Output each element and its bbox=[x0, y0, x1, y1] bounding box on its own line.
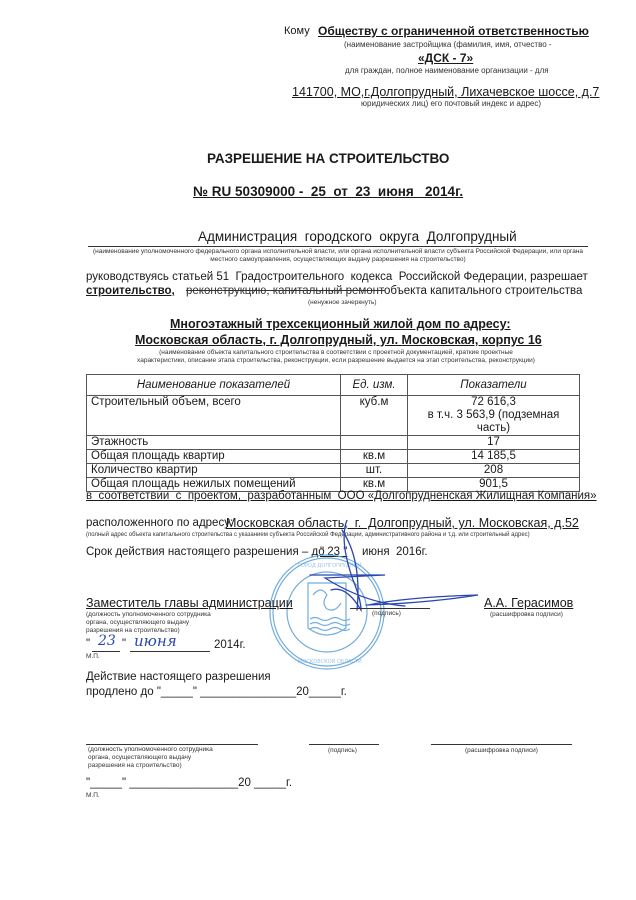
row-value-sub: в т.ч. 3 563,9 (подземная часть) bbox=[412, 409, 575, 435]
header-unit: Ед. изм. bbox=[341, 375, 408, 396]
table-header-row: Наименование показателей Ед. изм. Показа… bbox=[87, 375, 580, 396]
signatory-position: Заместитель главы администрации bbox=[86, 596, 293, 610]
position-hint-line2: органа, осуществляющего выдачу bbox=[86, 619, 211, 627]
row-name: Этажность bbox=[87, 436, 341, 450]
signature-line bbox=[350, 608, 430, 609]
sign-date-open-quote: " bbox=[86, 638, 90, 650]
authority-hint-line1: (наименование уполномоченного федерально… bbox=[86, 248, 590, 256]
row-value: 17 bbox=[408, 436, 580, 450]
addressee-hint1: (наименование застройщика (фамилия, имя,… bbox=[344, 41, 552, 49]
object-name-line2: Московская область, г. Долгопрудный, ул.… bbox=[135, 333, 542, 347]
object-location: Московская область, г. Долгопрудный, ул.… bbox=[226, 516, 579, 530]
header-value: Показатели bbox=[408, 375, 580, 396]
header-name: Наименование показателей bbox=[87, 375, 341, 396]
sign-date-close-quote: " bbox=[122, 638, 126, 650]
addressee-address-hint: юридических лиц) его почтовый индекс и а… bbox=[361, 100, 541, 108]
svg-text:МОСКОВСКОЙ ОБЛАСТИ: МОСКОВСКОЙ ОБЛАСТИ bbox=[298, 658, 362, 665]
issuing-authority: Администрация городского округа Долгопру… bbox=[198, 229, 517, 244]
row-unit: шт. bbox=[341, 464, 408, 478]
to-label: Кому bbox=[284, 25, 310, 37]
addressee-hint2: для граждан, полное наименование организ… bbox=[345, 67, 549, 75]
table-row: Строительный объем, всего куб.м 72 616,3… bbox=[87, 396, 580, 436]
extension-position-line bbox=[86, 744, 258, 745]
sign-date-month-line bbox=[130, 651, 210, 652]
authority-hint-line2: местного самоуправления, осуществляющих … bbox=[86, 256, 590, 264]
sign-mp: М.П. bbox=[86, 653, 100, 661]
row-unit: кв.м bbox=[341, 450, 408, 464]
extension-position-hint: (должность уполномоченного сотрудника ор… bbox=[88, 746, 213, 770]
table-row: Количество квартир шт. 208 bbox=[87, 464, 580, 478]
row-unit bbox=[341, 436, 408, 450]
location-label: расположенного по адресу: bbox=[86, 517, 233, 529]
extension-name-line bbox=[431, 744, 572, 745]
ext-position-hint-line3: разрешения на строительство) bbox=[88, 762, 213, 770]
document-title: РАЗРЕШЕНИЕ НА СТРОИТЕЛЬСТВО bbox=[207, 151, 449, 166]
extension-line2: продлено до "_____" _______________20___… bbox=[86, 686, 347, 698]
permitted-work-type: строительство, bbox=[86, 285, 175, 297]
row-value: 72 616,3 в т.ч. 3 563,9 (подземная часть… bbox=[408, 396, 580, 436]
addressee-address: 141700, МО,г.Долгопрудный, Лихачевское ш… bbox=[292, 85, 599, 99]
parameters-table: Наименование показателей Ед. изм. Показа… bbox=[86, 374, 580, 492]
permit-number: № RU 50309000 - 25 от 23 июня 2014г. bbox=[193, 184, 463, 199]
strike-hint: (ненужное зачеркнуть) bbox=[308, 299, 377, 307]
row-name: Строительный объем, всего bbox=[87, 396, 341, 436]
authority-hint: (наименование уполномоченного федерально… bbox=[86, 248, 590, 264]
row-value: 208 bbox=[408, 464, 580, 478]
svg-text:ГОРОД ДОЛГОПРУДНЫЙ: ГОРОД ДОЛГОПРУДНЫЙ bbox=[298, 562, 362, 569]
project-developer: в соответствии с проектом, разработанным… bbox=[86, 490, 597, 502]
signature-hint: (подпись) bbox=[372, 610, 401, 618]
object-name-line1: Многоэтажный трехсекционный жилой дом по… bbox=[170, 317, 511, 331]
signatory-name: А.А. Герасимов bbox=[484, 596, 573, 610]
addressee-line1: Обществу с ограниченной ответственностью bbox=[318, 24, 589, 38]
ext-position-hint-line2: органа, осуществляющего выдачу bbox=[88, 754, 213, 762]
row-name: Количество квартир bbox=[87, 464, 341, 478]
authority-underline bbox=[88, 246, 588, 247]
object-type: объекта капитального строительства bbox=[384, 285, 582, 297]
signatory-name-hint: (расшифровка подписи) bbox=[490, 611, 563, 619]
official-seal-icon: ГОРОД ДОЛГОПРУДНЫЙ МОСКОВСКОЙ ОБЛАСТИ bbox=[268, 553, 386, 671]
extension-line1: Действие настоящего разрешения bbox=[86, 671, 271, 683]
legal-basis: руководствуясь статьей 51 Градостроитель… bbox=[86, 271, 588, 283]
sign-date-month: июня bbox=[134, 632, 177, 650]
row-value: 14 185,5 bbox=[408, 450, 580, 464]
table-row: Этажность 17 bbox=[87, 436, 580, 450]
position-hint-line1: (должность уполномоченного сотрудника bbox=[86, 611, 211, 619]
ext-position-hint-line1: (должность уполномоченного сотрудника bbox=[88, 746, 213, 754]
extension-name-hint: (расшифровка подписи) bbox=[465, 747, 538, 755]
sign-date-year: 2014г. bbox=[214, 639, 246, 651]
row-unit: куб.м bbox=[341, 396, 408, 436]
object-hint-line2: характеристики, описание этапа строитель… bbox=[86, 357, 586, 365]
table-row: Общая площадь квартир кв.м 14 185,5 bbox=[87, 450, 580, 464]
object-hint: (наименование объекта капитального строи… bbox=[86, 349, 586, 365]
object-hint-line1: (наименование объекта капитального строи… bbox=[86, 349, 586, 357]
row-value-main: 72 616,3 bbox=[412, 396, 575, 409]
addressee-line2: «ДСК - 7» bbox=[418, 51, 473, 65]
sign-date-day-line bbox=[92, 651, 120, 652]
location-hint: (полный адрес объекта капитального строи… bbox=[86, 531, 530, 539]
extension-mp: М.П. bbox=[86, 792, 100, 800]
row-name: Общая площадь квартир bbox=[87, 450, 341, 464]
struck-work-types: реконструкцию, капитальный ремонт bbox=[186, 285, 384, 297]
sign-date-day: 23 bbox=[98, 633, 116, 649]
extension-date: "_____" _________________20 _____г. bbox=[86, 777, 292, 789]
extension-signature-hint: (подпись) bbox=[328, 747, 357, 755]
extension-signature-line bbox=[309, 744, 379, 745]
